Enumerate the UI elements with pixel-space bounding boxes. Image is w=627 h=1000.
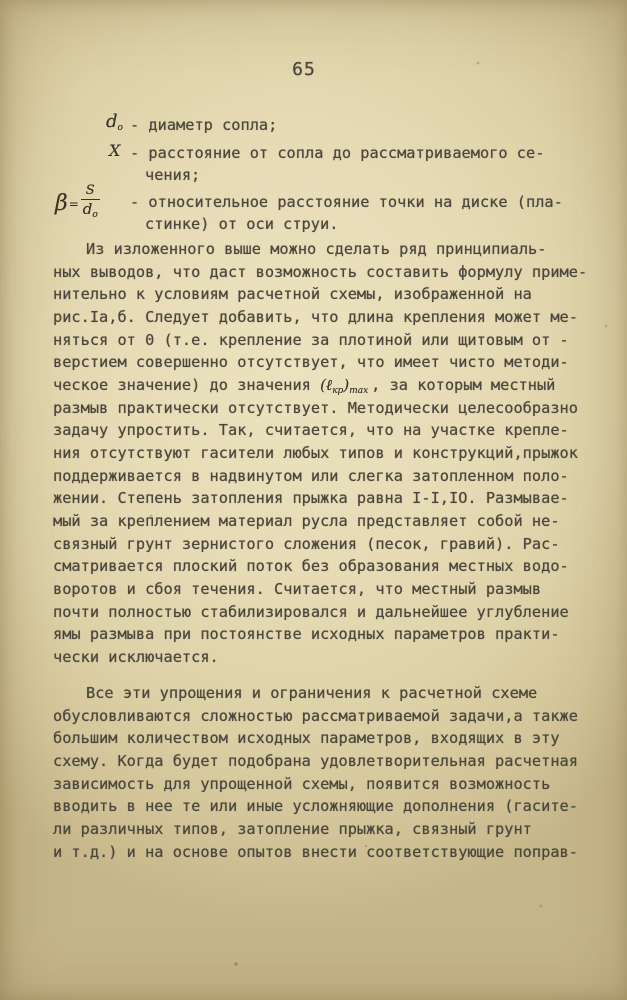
- text-line: задачу упростить. Так, считается, что на…: [53, 419, 601, 442]
- text-run: , за которым местный: [371, 376, 555, 394]
- text-line: чески исключается.: [53, 646, 601, 669]
- fraction-denominator: do: [81, 200, 100, 224]
- formula-subscript-kr: кр: [332, 386, 343, 396]
- symbol-beta: β: [55, 194, 68, 214]
- text-line: ных выводов, что даст возможность состав…: [53, 261, 601, 284]
- denominator-letter: d: [83, 200, 93, 218]
- text-line: почти полностью стабилизировался и дальн…: [53, 601, 601, 624]
- paragraph-2: Все эти упрощения и ограничения к расчет…: [53, 682, 601, 863]
- text-line: большим количеством исходных параметров,…: [53, 727, 601, 750]
- text-line: воротов и сбоя течения. Считается, что м…: [53, 578, 601, 601]
- text-line: Все эти упрощения и ограничения к расчет…: [53, 682, 601, 705]
- formula-open: (ℓ: [320, 376, 332, 394]
- text-line: связный грунт зернистого сложения (песок…: [53, 533, 601, 556]
- scanned-document-page: 65 do - диаметр сопла; X - расстояние от…: [0, 0, 627, 1000]
- denominator-subscript: o: [92, 210, 97, 220]
- equals-sign: =: [69, 197, 79, 211]
- definition-beta-text: - относительное расстояние точки на диск…: [130, 191, 563, 214]
- fraction-numerator: S: [81, 184, 100, 200]
- text-line: рис.Iа,б. Следует добавить, что длина кр…: [53, 306, 601, 329]
- definition-d0-text: - диаметр сопла;: [130, 114, 277, 137]
- text-line: жении. Степень затопления прыжка равна I…: [53, 487, 601, 510]
- text-line: сматривается плоский поток без образован…: [53, 555, 601, 578]
- text-line: нительно к условиям расчетной схемы, изо…: [53, 283, 601, 306]
- symbol-d0: do: [106, 111, 123, 133]
- page-number: 65: [278, 59, 330, 80]
- text-line: верстием совершенно отсутствует, что име…: [53, 351, 601, 374]
- definition-beta-text-continued: стинке) от оси струи.: [145, 213, 338, 236]
- symbol-x: X: [109, 141, 120, 160]
- formula-subscript-max: max: [349, 386, 368, 396]
- text-line: зависимость для упрощенной схемы, появит…: [53, 773, 601, 796]
- definition-x-text: - расстояние от сопла до рассматриваемог…: [130, 142, 544, 165]
- formula-l-kr-max: (ℓкр)max: [320, 376, 368, 394]
- text-line-with-formula: ческое значение) до значения (ℓкр)max, з…: [53, 374, 601, 397]
- text-line: мый за креплением материал русла предста…: [53, 510, 601, 533]
- text-line: ли различных типов, затопление прыжка, с…: [53, 818, 601, 841]
- text-line: Из изложенного выше можно сделать ряд пр…: [53, 238, 601, 261]
- symbol-d0-subscript: o: [118, 123, 123, 133]
- text-line: обусловливаются сложностью рассматриваем…: [53, 705, 601, 728]
- text-line: ния отсутствуют гасители любых типов и к…: [53, 442, 601, 465]
- text-line: вводить в нее те или иные усложняющие до…: [53, 795, 601, 818]
- text-line: и т.д.) и на основе опытов внести соотве…: [53, 841, 601, 864]
- text-line: ямы размыва при постоянстве исходных пар…: [53, 623, 601, 646]
- text-line: размыв практически отсутствует. Методиче…: [53, 397, 601, 420]
- text-line: няться от 0 (т.е. крепление за плотиной …: [53, 329, 601, 352]
- text-line: схему. Когда будет подобрана удовлетвори…: [53, 750, 601, 773]
- definition-x-text-continued: чения;: [145, 164, 200, 187]
- fraction-s-over-d0: S do: [81, 184, 100, 224]
- paragraph-1: Из изложенного выше можно сделать ряд пр…: [53, 238, 601, 669]
- text-run: ческое значение) до значения: [53, 376, 320, 394]
- formula-beta: β = S do: [55, 184, 100, 224]
- symbol-d0-letter: d: [106, 111, 118, 132]
- text-line: поддерживается в надвинутом или слегка з…: [53, 465, 601, 488]
